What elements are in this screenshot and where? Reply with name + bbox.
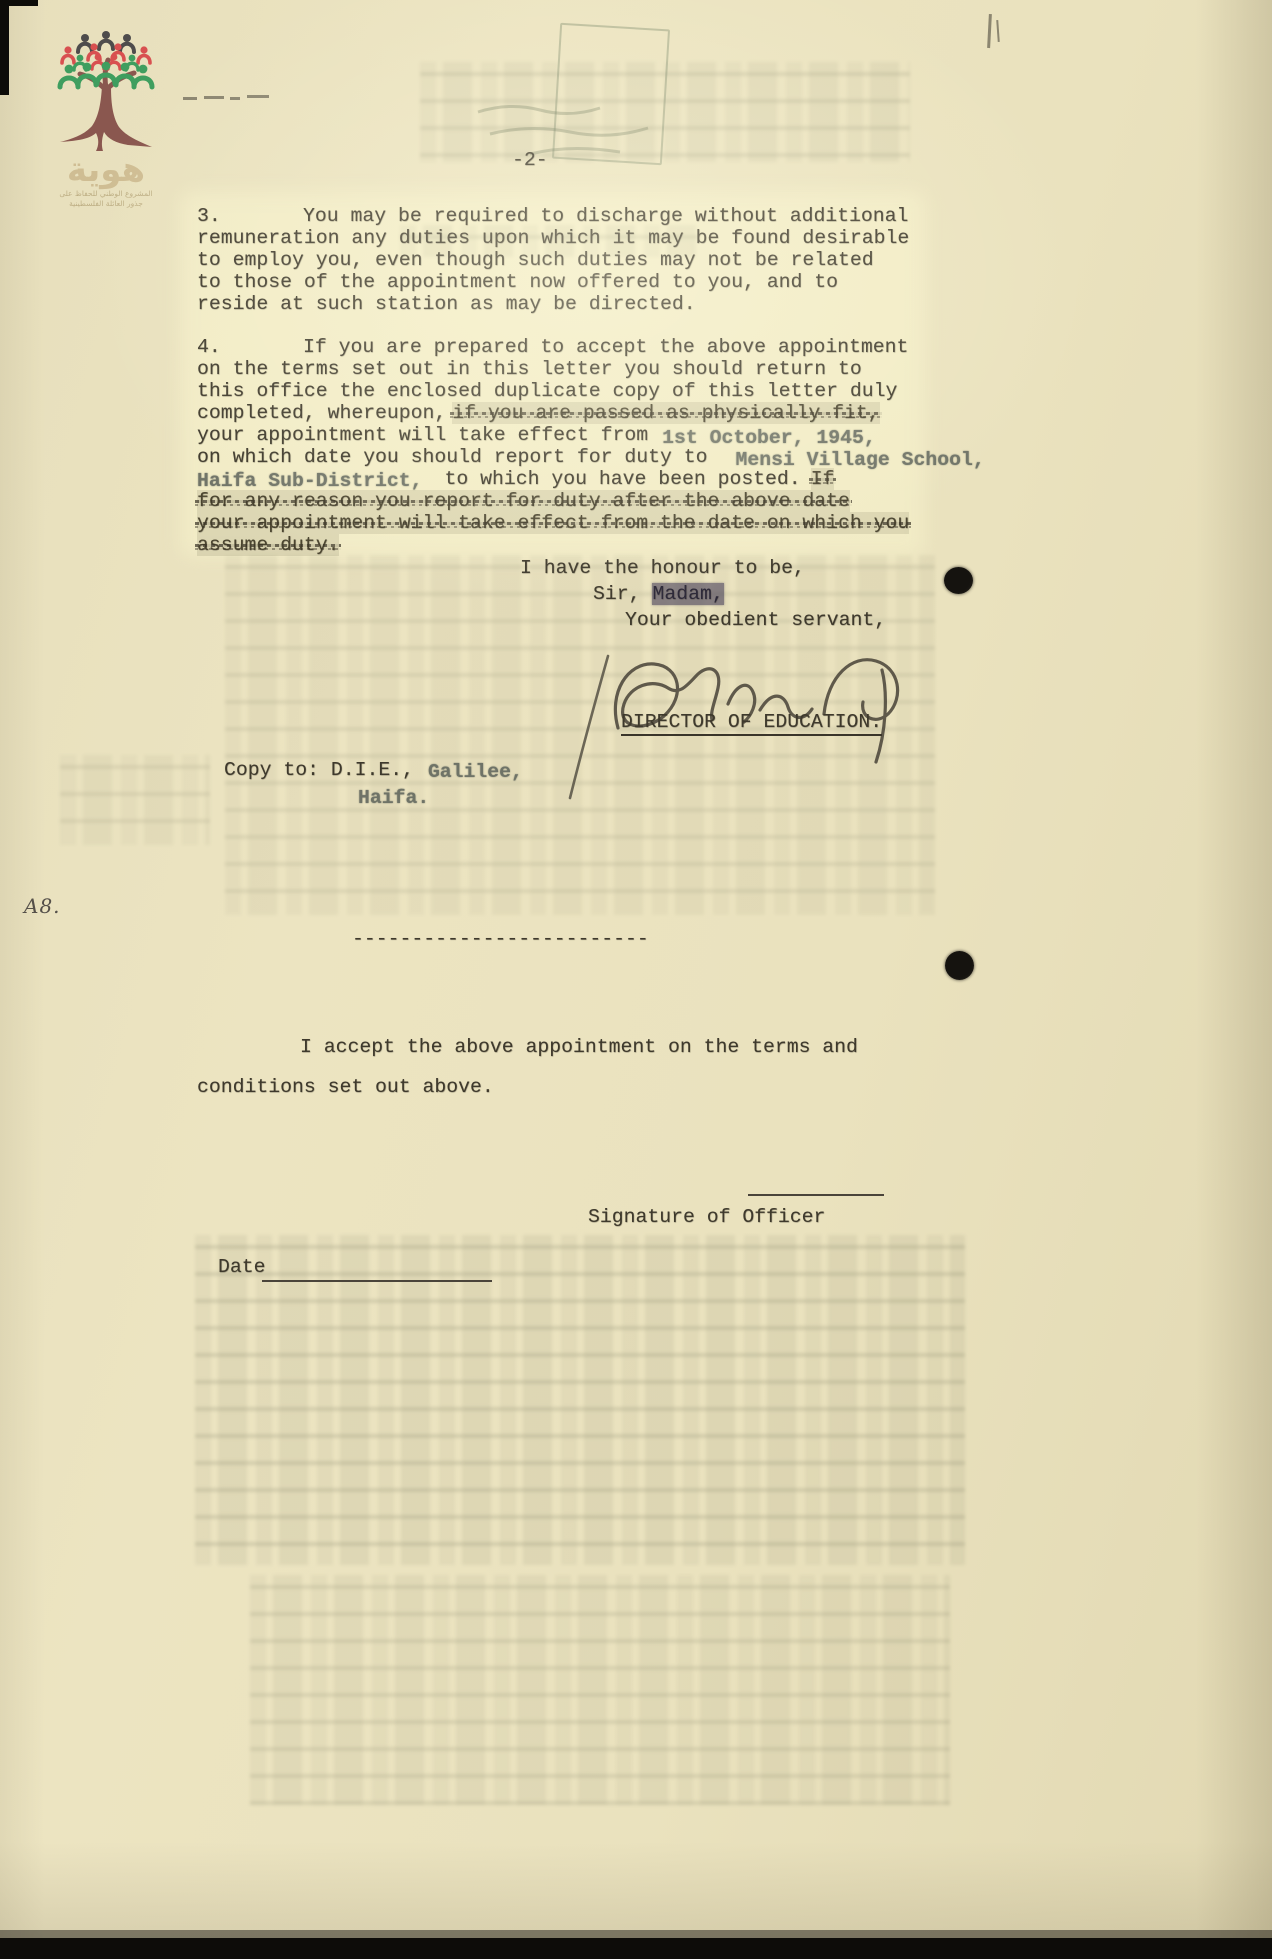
margin-note: A8.	[24, 894, 61, 918]
scan-edge-left	[0, 0, 9, 95]
scan-edge-bottom	[0, 1938, 1272, 1959]
page-number: -2-	[512, 149, 548, 171]
hole-punch-top	[944, 567, 973, 594]
date-line	[262, 1280, 492, 1282]
scanned-letter-page: هوية المشروع الوطني للحفاظ على جذور العا…	[0, 0, 1272, 1959]
hole-punch-bottom	[945, 951, 974, 980]
para3-number: 3.	[197, 205, 221, 227]
typed-text: on which date you should report for duty…	[197, 446, 707, 468]
copy-to-line: Copy to: D.I.E.,Galilee,	[224, 759, 523, 781]
pencil-dash	[183, 97, 197, 100]
pencil-mark	[996, 20, 1000, 42]
officer-signature-line	[748, 1194, 884, 1196]
struck-text: for any reason you report for duty after…	[197, 490, 850, 512]
pencil-mark	[987, 14, 991, 48]
logo-tagline: المشروع الوطني للحفاظ على	[50, 189, 162, 199]
para3-line: reside at such station as may be directe…	[197, 293, 696, 315]
logo-tagline: جذور العائلة الفلسطينية	[50, 199, 162, 209]
para3-line: to employ you, even though such duties m…	[197, 249, 874, 271]
date-label: Date	[218, 1256, 265, 1278]
para4-line: Haifa Sub-District,to which you have bee…	[197, 468, 834, 490]
logo-wordmark: هوية	[50, 153, 162, 189]
scan-edge-top	[0, 0, 38, 6]
pencil-dash	[230, 97, 240, 100]
struck-madam: Madam,	[652, 583, 723, 605]
para4-number: 4.	[197, 336, 221, 358]
para4-line: this office the enclosed duplicate copy …	[197, 380, 897, 402]
struck-text: your appointment will take effect from t…	[197, 512, 909, 534]
bleedthrough-smudge	[195, 1235, 965, 1565]
pencil-dash	[204, 96, 224, 99]
typed-text: Sir,	[593, 583, 640, 605]
para4-line: assume duty.	[197, 534, 339, 556]
para3-line: You may be required to discharge without…	[303, 205, 908, 227]
para4-line: for any reason you report for duty after…	[197, 490, 850, 512]
typed-text: Copy to: D.I.E.,	[224, 759, 414, 781]
para4-line: on which date you should report for duty…	[197, 446, 985, 468]
family-tree-icon	[56, 28, 156, 156]
acceptance-line: I accept the above appointment on the te…	[300, 1036, 858, 1058]
para4-line: completed, whereupon,if you are passed a…	[197, 402, 880, 424]
closing-salutation: Sir,Madam,	[593, 583, 724, 605]
stamp-scribble	[470, 92, 670, 167]
copy-to-line: Haifa.	[358, 785, 429, 807]
typed-text: your appointment will take effect from	[197, 424, 648, 446]
para3-line: remuneration any duties upon which it ma…	[197, 227, 909, 249]
officer-signature-label: Signature of Officer	[588, 1206, 825, 1228]
divider-dashes: -------------------------	[352, 928, 649, 950]
bleedthrough-smudge	[60, 755, 210, 845]
bleedthrough-smudge	[250, 1575, 950, 1805]
pencil-dash	[247, 95, 269, 98]
huwiyya-archive-logo: هوية المشروع الوطني للحفاظ على جذور العا…	[50, 28, 162, 209]
signer-title: DIRECTOR OF EDUCATION.	[621, 711, 882, 733]
typed-text: to which you have been posted.	[445, 468, 801, 490]
inserted-district: Haifa Sub-District,	[197, 470, 423, 492]
typed-text: completed, whereupon,	[197, 402, 446, 424]
para4-line: your appointment will take effect from t…	[197, 512, 909, 534]
struck-text: If	[811, 468, 835, 490]
para4-line: If you are prepared to accept the above …	[303, 336, 908, 358]
inserted-text: Galilee,	[428, 761, 523, 783]
inserted-text: Haifa.	[358, 787, 429, 809]
para3-line: to those of the appointment now offered …	[197, 271, 838, 293]
acceptance-line: conditions set out above.	[197, 1076, 494, 1098]
para4-line: your appointment will take effect from1s…	[197, 424, 876, 446]
para4-line: on the terms set out in this letter you …	[197, 358, 862, 380]
struck-text: if you are passed as physically fit,	[452, 402, 879, 424]
closing-honour: I have the honour to be,	[520, 557, 805, 579]
struck-text: assume duty.	[197, 534, 339, 556]
scan-edge-bottom-shadow	[0, 1930, 1272, 1938]
